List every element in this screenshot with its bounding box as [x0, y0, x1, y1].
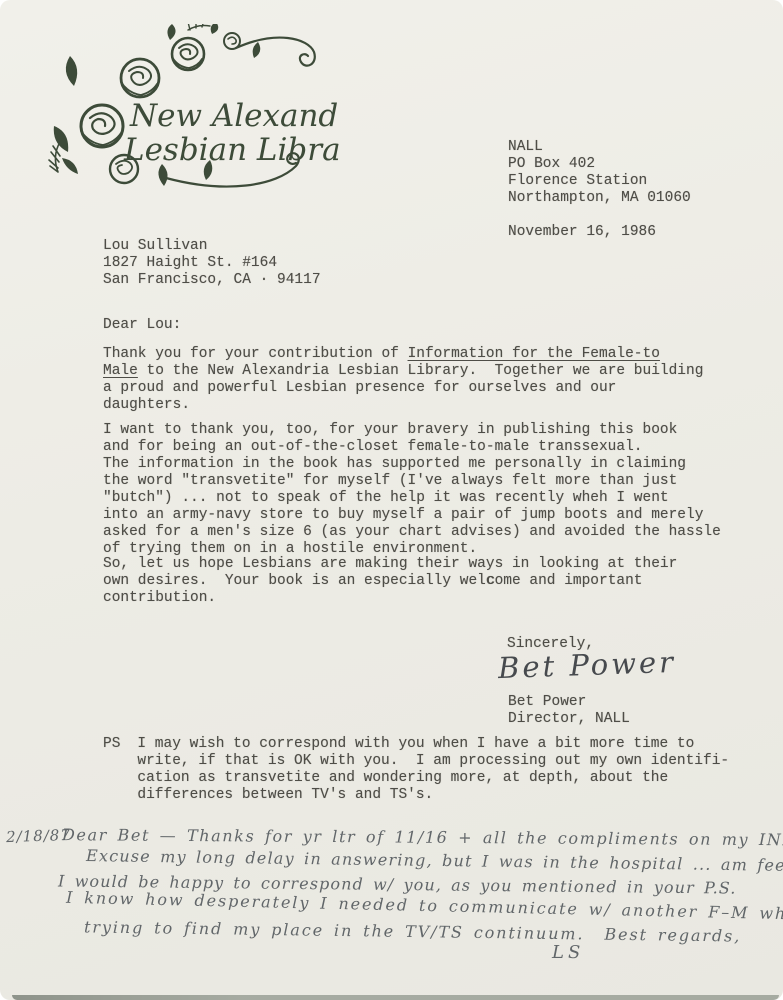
postscript-text: I may wish to correspond with you when I… [137, 736, 729, 804]
postscript-label: PS [103, 736, 120, 804]
handwritten-note-signoff: LS [552, 942, 584, 963]
postscript: PS I may wish to correspond with you whe… [103, 736, 729, 804]
handwritten-note-line-5: trying to find my place in the TV/TS con… [84, 917, 741, 945]
signer-title: Director, NALL [508, 711, 630, 728]
handwritten-note-line-1: Dear Bet — Thanks for yr ltr of 11/16 + … [62, 825, 783, 850]
salutation: Dear Lou: [103, 317, 181, 334]
letter-page: New Alexandria Lesbian Library NALLPO Bo… [0, 0, 783, 1000]
letterhead-org-name-line2: Lesbian Library [123, 132, 340, 168]
recipient-address: Lou Sullivan1827 Haight St. #164San Fran… [103, 238, 321, 289]
sender-address: NALLPO Box 402Florence StationNorthampto… [508, 139, 691, 207]
letterhead-org-name-line1: New Alexandria [129, 98, 340, 134]
body-paragraph-2: I want to thank you, too, for your brave… [103, 422, 721, 558]
handwritten-signature: Bet Power [497, 645, 676, 685]
letterhead-logo: New Alexandria Lesbian Library [38, 24, 340, 192]
signer-name: Bet Power [508, 694, 586, 711]
body-paragraph-1: Thank you for your contribution of Infor… [103, 346, 703, 414]
date-line: November 16, 1986 [508, 224, 656, 241]
body-paragraph-3: So, let us hope Lesbians are making thei… [103, 556, 677, 607]
